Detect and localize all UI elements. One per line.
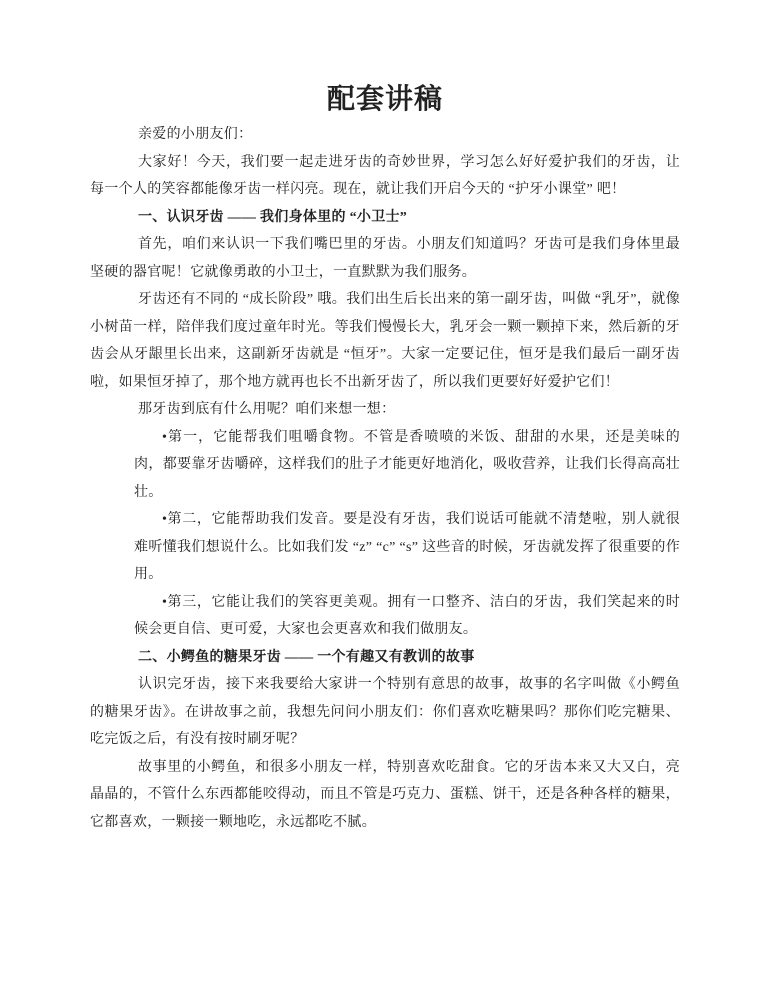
- bullet-item: •第三，它能让我们的笑容更美观。拥有一口整齐、洁白的牙齿，我们笑起来的时候会更自…: [134, 589, 680, 644]
- paragraph: 大家好！今天，我们要一起走进牙齿的奇妙世界，学习怎么好好爱护我们的牙齿，让每一个…: [90, 149, 680, 204]
- section-heading: 一、认识牙齿 —— 我们身体里的 “小卫士”: [90, 204, 680, 232]
- paragraph: 认识完牙齿，接下来我要给大家讲一个特别有意思的故事，故事的名字叫做《小鳄鱼的糖果…: [90, 671, 680, 754]
- paragraph: 故事里的小鳄鱼，和很多小朋友一样，特别喜欢吃甜食。它的牙齿本来又大又白，亮晶晶的…: [90, 754, 680, 837]
- document-body: 亲爱的小朋友们：大家好！今天，我们要一起走进牙齿的奇妙世界，学习怎么好好爱护我们…: [90, 121, 680, 836]
- document-page: 配套讲稿 亲爱的小朋友们：大家好！今天，我们要一起走进牙齿的奇妙世界，学习怎么好…: [0, 0, 770, 1000]
- bullet-item: •第二，它能帮助我们发音。要是没有牙齿，我们说话可能就不清楚啦，别人就很难听懂我…: [134, 506, 680, 589]
- document-title: 配套讲稿: [90, 0, 680, 116]
- paragraph: 那牙齿到底有什么用呢？咱们来想一想：: [90, 396, 680, 424]
- paragraph: 首先，咱们来认识一下我们嘴巴里的牙齿。小朋友们知道吗？牙齿可是我们身体里最坚硬的…: [90, 231, 680, 286]
- bullet-item: •第一，它能帮我们咀嚼食物。不管是香喷喷的米饭、甜甜的水果，还是美味的肉，都要靠…: [134, 424, 680, 507]
- paragraph: 牙齿还有不同的 “成长阶段” 哦。我们出生后长出来的第一副牙齿，叫做 “乳牙”，…: [90, 286, 680, 396]
- paragraph: 亲爱的小朋友们：: [90, 121, 680, 149]
- section-heading: 二、小鳄鱼的糖果牙齿 —— 一个有趣又有教训的故事: [90, 644, 680, 672]
